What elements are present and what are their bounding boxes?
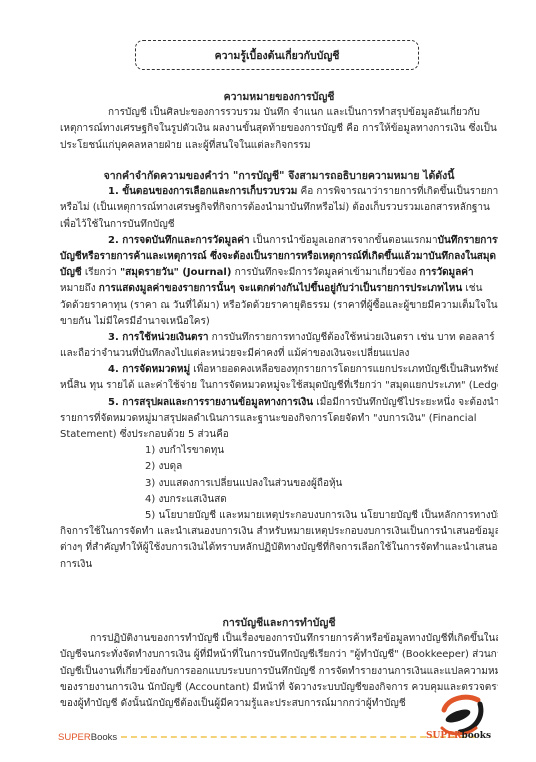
footer-brand-super: SUPER xyxy=(58,732,91,743)
item-text: คือ การพิจารณาว่ารายการที่เกิดขึ้นเป็นรา… xyxy=(297,186,498,197)
paragraph-line: Statement) ซึ่งประกอบด้วย 5 ส่วนคือ xyxy=(60,427,498,443)
statement-item: 1) งบกำไรขาดทุน xyxy=(60,443,498,459)
item-text: เป็นการนำข้อมูลเอกสารจากขั้นตอนแรกมา xyxy=(250,235,438,246)
section-definition: จากคำจำกัดความของคำว่า "การบัญชี" จึงสาม… xyxy=(60,168,498,573)
list-item-2: 2. การจดบันทึกและการวัดมูลค่า เป็นการนำข… xyxy=(60,233,498,249)
paragraph-line: บัญชี เรียกว่า "สมุดรายวัน" (Journal) กา… xyxy=(60,265,498,281)
paragraph-line: เพื่อไว้ใช้ในการบันทึกบัญชี xyxy=(60,217,498,233)
paragraph-line: การเงิน xyxy=(60,557,498,573)
section-heading: จากคำจำกัดความของคำว่า "การบัญชี" จึงสาม… xyxy=(60,168,498,184)
logo-super: SUPER xyxy=(426,731,461,741)
list-item-3: 3. การใช้หน่วยเงินตรา การบันทึกรายการทาง… xyxy=(60,330,498,346)
item-title: 5. การสรุปผลและการรายงานข้อมูลทางการเงิน xyxy=(108,397,313,408)
paragraph-line: กิจการใช้ในการจัดทำ และนำเสนองบการเงิน ส… xyxy=(60,524,498,540)
text: การบันทึกจะมีการวัดมูลค่าเข้ามาเกี่ยวข้อ… xyxy=(231,267,419,278)
item-text: เมื่อมีการบันทึกบัญชีไประยะหนึ่ง จะต้องน… xyxy=(313,397,498,408)
emphasis: การวัดมูลค่า xyxy=(419,267,473,278)
emphasis: บัญชี xyxy=(60,267,82,278)
paragraph-line: วัดด้วยราคาทุน (ราคา ณ วันที่ได้มา) หรือ… xyxy=(60,298,498,314)
paragraph-line: ประโยชน์แก่บุคคลหลายฝ่าย และผู้ที่สนใจใน… xyxy=(60,138,498,154)
item-title: 3. การใช้หน่วยเงินตรา xyxy=(108,332,208,343)
item-emphasis: บันทึกรายการทาง xyxy=(438,235,498,246)
item-text: เพื่อหายอดคงเหลือของทุกรายการโดยการแยกปร… xyxy=(190,364,498,375)
text: เช่น xyxy=(462,283,482,294)
paragraph-line: หนี้สิน ทุน รายได้ และค่าใช้จ่าย ในการจั… xyxy=(60,378,498,394)
logo-books: books xyxy=(461,731,491,741)
paragraph-line: บัญชีหรือรายการค้าและเหตุการณ์ ซึ่งจะต้อ… xyxy=(60,249,498,265)
item-text: การบันทึกรายการทางบัญชีต้องใช้หน่วยเงินต… xyxy=(208,332,498,343)
section-heading: การบัญชีและการทำบัญชี xyxy=(60,615,498,631)
statement-item: 3) งบแสดงการเปลี่ยนแปลงในส่วนของผู้ถือหุ… xyxy=(60,476,498,492)
paragraph-line: ต่างๆ ที่สำคัญทำให้ผู้ใช้งบการเงินได้ทรา… xyxy=(60,540,498,556)
paragraph-line: บัญชีเป็นงานที่เกี่ยวข้องกับการออกแบบระบ… xyxy=(60,664,498,680)
paragraph-line: หมายถึง การแสดงมูลค่าของรายการนั้นๆ จะแต… xyxy=(60,281,498,297)
statement-item: 2) งบดุล xyxy=(60,459,498,475)
paragraph-line: บัญชีจนกระทั่งจัดทำงบการเงิน ผู้ที่มีหน้… xyxy=(60,647,498,663)
emphasis: "สมุดรายวัน" (Journal) xyxy=(120,267,231,278)
text: หมายถึง xyxy=(60,283,99,294)
title-box: ความรู้เบื้องต้นเกี่ยวกับบัญชี xyxy=(135,40,419,70)
paragraph-line: เหตุการณ์ทางเศรษฐกิจในรูปตัวเงิน ผลงานขั… xyxy=(60,121,498,137)
paragraph-line: และถือว่าจำนวนที่บันทึกลงไปแต่ละหน่วยจะม… xyxy=(60,346,498,362)
paragraph-line: การบัญชี เป็นศิลปะของการรวบรวม บันทึก จำ… xyxy=(60,105,498,121)
document-page: ความรู้เบื้องต้นเกี่ยวกับบัญชี ความหมายข… xyxy=(0,0,536,762)
statement-item: 4) งบกระแสเงินสด xyxy=(60,492,498,508)
section-meaning: ความหมายของการบัญชี การบัญชี เป็นศิลปะขอ… xyxy=(60,89,498,154)
section-heading: ความหมายของการบัญชี xyxy=(60,89,498,105)
paragraph-line: รายการที่จัดหมวดหมู่มาสรุปผลดำเนินการและ… xyxy=(60,411,498,427)
paragraph-line: ขายกัน ไม่มีใครมีอำนาจเหนือใคร) xyxy=(60,314,498,330)
paragraph-line: การปฏิบัติงานของการทำบัญชี เป็นเรื่องของ… xyxy=(60,631,498,647)
footer-divider xyxy=(121,736,476,738)
item-title: 4. การจัดหมวดหมู่ xyxy=(108,364,190,375)
page-title: ความรู้เบื้องต้นเกี่ยวกับบัญชี xyxy=(215,47,340,64)
paragraph-line: หรือไม่ (เป็นเหตุการณ์ทางเศรษฐกิจที่กิจก… xyxy=(60,200,498,216)
footer-brand-books: Books xyxy=(91,732,117,743)
list-item-1: 1. ขั้นตอนของการเลือกและการเก็บรวบรวม คื… xyxy=(60,184,498,200)
text: เรียกว่า xyxy=(82,267,120,278)
statement-item: 5) นโยบายบัญชี และหมายเหตุประกอบงบการเงิ… xyxy=(60,508,498,524)
footer-logo-text: SUPERbooks xyxy=(426,731,491,741)
list-item-4: 4. การจัดหมวดหมู่ เพื่อหายอดคงเหลือของทุ… xyxy=(60,362,498,378)
list-item-5: 5. การสรุปผลและการรายงานข้อมูลทางการเงิน… xyxy=(60,395,498,411)
item-title: 1. ขั้นตอนของการเลือกและการเก็บรวบรวม xyxy=(108,186,297,197)
page-footer: SUPERBooks xyxy=(58,730,478,744)
item-title: 2. การจดบันทึกและการวัดมูลค่า xyxy=(108,235,250,246)
emphasis: การแสดงมูลค่าของรายการนั้นๆ จะแตกต่างกัน… xyxy=(99,283,462,294)
